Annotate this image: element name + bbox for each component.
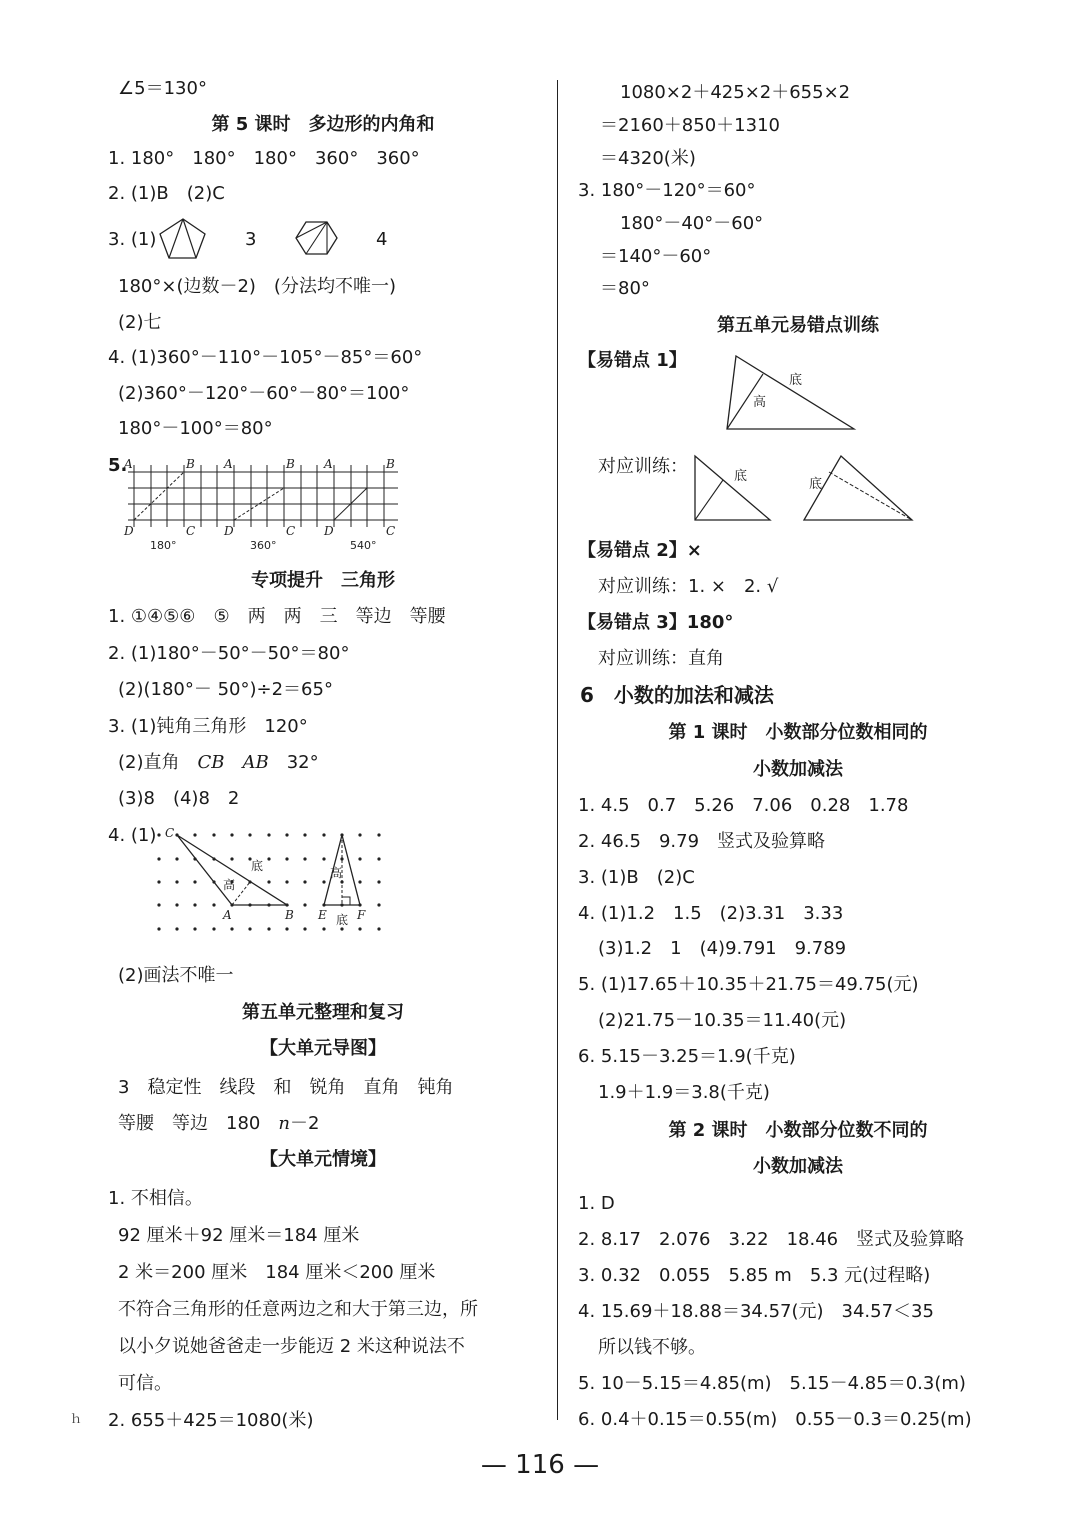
chapter-6-title: 6 小数的加法和减法	[580, 684, 774, 706]
lesson1-answer-2: 2. 46.5 9.79 竖式及验算略	[578, 831, 825, 853]
error-point-1-label: 【易错点 1】	[578, 350, 687, 372]
svg-text:F: F	[356, 908, 366, 922]
right-line-2: ＝2160＋850＋1310	[600, 115, 780, 137]
angle-5-answer: ∠5＝130°	[118, 78, 207, 100]
lesson1-answer-1: 1. 4.5 0.7 5.26 7.06 0.28 1.78	[578, 795, 908, 817]
section-title-error-training: 第五单元易错点训练	[578, 315, 1018, 337]
svg-text:高: 高	[330, 865, 342, 880]
lesson1-answer-6-1: 6. 5.15－3.25＝1.9(千克)	[578, 1046, 796, 1068]
hexagon-triangle-count: 4	[376, 229, 387, 251]
pentagon-triangle-count: 3	[245, 229, 256, 251]
triangle-answer-1: 1. ①④⑤⑥ ⑤ 两 两 三 等边 等腰	[108, 606, 446, 628]
svg-text:C: C	[186, 524, 195, 538]
svg-text:高: 高	[223, 877, 235, 892]
section-title-triangle: 专项提升 三角形	[108, 570, 538, 592]
svg-text:A: A	[123, 457, 133, 471]
answer-q3-formula: 180°×(边数－2) (分法均不唯一)	[118, 276, 396, 298]
right-line-3: ＝4320(米)	[600, 148, 696, 170]
section-title-lesson5: 第 5 课时 多边形的内角和	[108, 114, 538, 136]
lesson-2-title-b: 小数加减法	[578, 1156, 1018, 1178]
right-answer-3: 3. 180°－120°＝60°	[578, 180, 756, 202]
svg-text:底: 底	[251, 858, 263, 873]
right-line-5: 180°－40°－60°	[620, 213, 763, 235]
svg-text:C: C	[286, 524, 295, 538]
lesson-2-title-a: 第 2 课时 小数部分位数不同的	[578, 1120, 1018, 1142]
triangle-answer-4-label: 4. (1)	[108, 825, 156, 847]
scenario-line-4: 不符合三角形的任意两边之和大于第三边，所	[118, 1299, 478, 1321]
lesson1-answer-4-1: 4. (1)1.2 1.5 (2)3.31 3.33	[578, 903, 843, 925]
lesson1-answer-5-2: (2)21.75－10.35＝11.40(元)	[598, 1010, 846, 1032]
svg-text:D: D	[223, 524, 234, 538]
lesson-1-title-a: 第 1 课时 小数部分位数相同的	[578, 722, 1018, 744]
triangle-answer-3-3: (3)8 (4)8 2	[118, 788, 239, 810]
triangle-answer-3-2: (2)直角 CB AB 32°	[118, 752, 319, 774]
scenario-line-3: 2 米＝200 厘米 184 厘米＜200 厘米	[118, 1262, 435, 1284]
svg-text:B: B	[185, 457, 195, 471]
right-line-1: 1080×2＋425×2＋655×2	[620, 82, 850, 104]
svg-text:底: 底	[734, 468, 747, 484]
svg-text:D: D	[123, 524, 134, 538]
column-divider	[557, 80, 558, 1420]
pentagon-diagram	[158, 217, 208, 261]
triangle-answer-4-2: (2)画法不唯一	[118, 965, 234, 987]
page-number: — 116 —	[0, 1450, 1080, 1480]
svg-text:底: 底	[789, 372, 802, 388]
answer-q1: 1. 180° 180° 180° 360° 360°	[108, 148, 420, 170]
lesson1-answer-4-2: (3)1.2 1 (4)9.791 9.789	[598, 938, 846, 960]
triangle-answer-3-1: 3. (1)钝角三角形 120°	[108, 716, 308, 738]
svg-text:高: 高	[753, 394, 766, 410]
answer-q3-label: 3. (1)	[108, 229, 156, 251]
svg-text:底: 底	[809, 476, 822, 492]
svg-text:360°: 360°	[250, 539, 277, 552]
lesson2-answer-2: 2. 8.17 2.076 3.22 18.46 竖式及验算略	[578, 1229, 964, 1251]
grid-diagram-parallelograms: AB DC AB DC AB DC 180° 360° 540°	[124, 457, 404, 552]
lesson1-answer-3: 3. (1)B (2)C	[578, 867, 695, 889]
answer-q4-1: 4. (1)360°－110°－105°－85°＝60°	[108, 347, 422, 369]
error-point-3-training: 对应训练：直角	[598, 648, 724, 670]
lesson1-answer-6-2: 1.9＋1.9＝3.8(千克)	[598, 1082, 770, 1104]
scenario-answer-2: 2. 655＋425＝1080(米)	[108, 1410, 313, 1432]
scenario-line-2: 92 厘米＋92 厘米＝184 厘米	[118, 1225, 359, 1247]
lesson-1-title-b: 小数加减法	[578, 759, 1018, 781]
svg-text:B: B	[285, 457, 295, 471]
svg-text:A: A	[323, 457, 333, 471]
svg-text:A: A	[222, 908, 232, 922]
unit-map-line2: 等腰 等边 180 n－2	[118, 1113, 319, 1135]
error-point-1-triangle: 底 高	[726, 354, 866, 434]
triangle-answer-2-1: 2. (1)180°－50°－50°＝80°	[108, 643, 349, 665]
right-line-6: ＝140°－60°	[600, 246, 711, 268]
scenario-line-5: 以小夕说她爸爸走一步能迈 2 米这种说法不	[118, 1336, 465, 1358]
lesson2-answer-3: 3. 0.32 0.055 5.85 m 5.3 元(过程略)	[578, 1265, 930, 1287]
error-point-1-training-label: 对应训练：	[598, 456, 688, 478]
svg-text:A: A	[223, 457, 233, 471]
error-point-2: 【易错点 2】×	[578, 540, 702, 562]
subsection-unit-map: 【大单元导图】	[108, 1038, 538, 1060]
lesson2-answer-1: 1. D	[578, 1193, 615, 1215]
svg-text:540°: 540°	[350, 539, 377, 552]
svg-text:B: B	[284, 908, 294, 922]
svg-text:D: D	[323, 524, 334, 538]
hexagon-diagram	[295, 220, 339, 256]
lesson2-answer-4-2: 所以钱不够。	[598, 1337, 706, 1359]
answer-q3-2: (2)七	[118, 312, 162, 334]
error-point-1-training-triangles: 底 底	[694, 454, 934, 524]
error-point-3: 【易错点 3】180°	[578, 612, 733, 634]
lesson2-answer-6: 6. 0.4＋0.15＝0.55(m) 0.55－0.3＝0.25(m)	[578, 1409, 972, 1431]
dot-grid-triangles: 底 高 高 底 C A B E F	[158, 832, 398, 942]
svg-text:C: C	[165, 826, 174, 840]
margin-mark: ｈ	[70, 1410, 82, 1427]
unit-map-line1: 3 稳定性 线段 和 锐角 直角 钝角	[118, 1077, 453, 1099]
triangle-answer-2-2: (2)(180°－ 50°)÷2＝65°	[118, 679, 333, 701]
svg-text:B: B	[385, 457, 395, 471]
section-title-unit5-review: 第五单元整理和复习	[108, 1002, 538, 1024]
error-point-2-training: 对应训练：1. × 2. √	[598, 576, 778, 598]
lesson1-answer-5-1: 5. (1)17.65＋10.35＋21.75＝49.75(元)	[578, 974, 919, 996]
scenario-answer-1: 1. 不相信。	[108, 1188, 203, 1210]
answer-q4-3: 180°－100°＝80°	[118, 418, 273, 440]
svg-text:E: E	[317, 908, 327, 922]
lesson2-answer-4-1: 4. 15.69＋18.88＝34.57(元) 34.57＜35	[578, 1301, 934, 1323]
svg-text:180°: 180°	[150, 539, 177, 552]
subsection-unit-scenario: 【大单元情境】	[108, 1149, 538, 1171]
answer-q4-2: (2)360°－120°－60°－80°＝100°	[118, 383, 409, 405]
svg-text:C: C	[386, 524, 395, 538]
right-line-7: ＝80°	[600, 278, 650, 300]
answer-q2: 2. (1)B (2)C	[108, 183, 225, 205]
scenario-line-6: 可信。	[118, 1373, 172, 1395]
lesson2-answer-5: 5. 10－5.15＝4.85(m) 5.15－4.85＝0.3(m)	[578, 1373, 966, 1395]
svg-text:底: 底	[336, 912, 348, 927]
